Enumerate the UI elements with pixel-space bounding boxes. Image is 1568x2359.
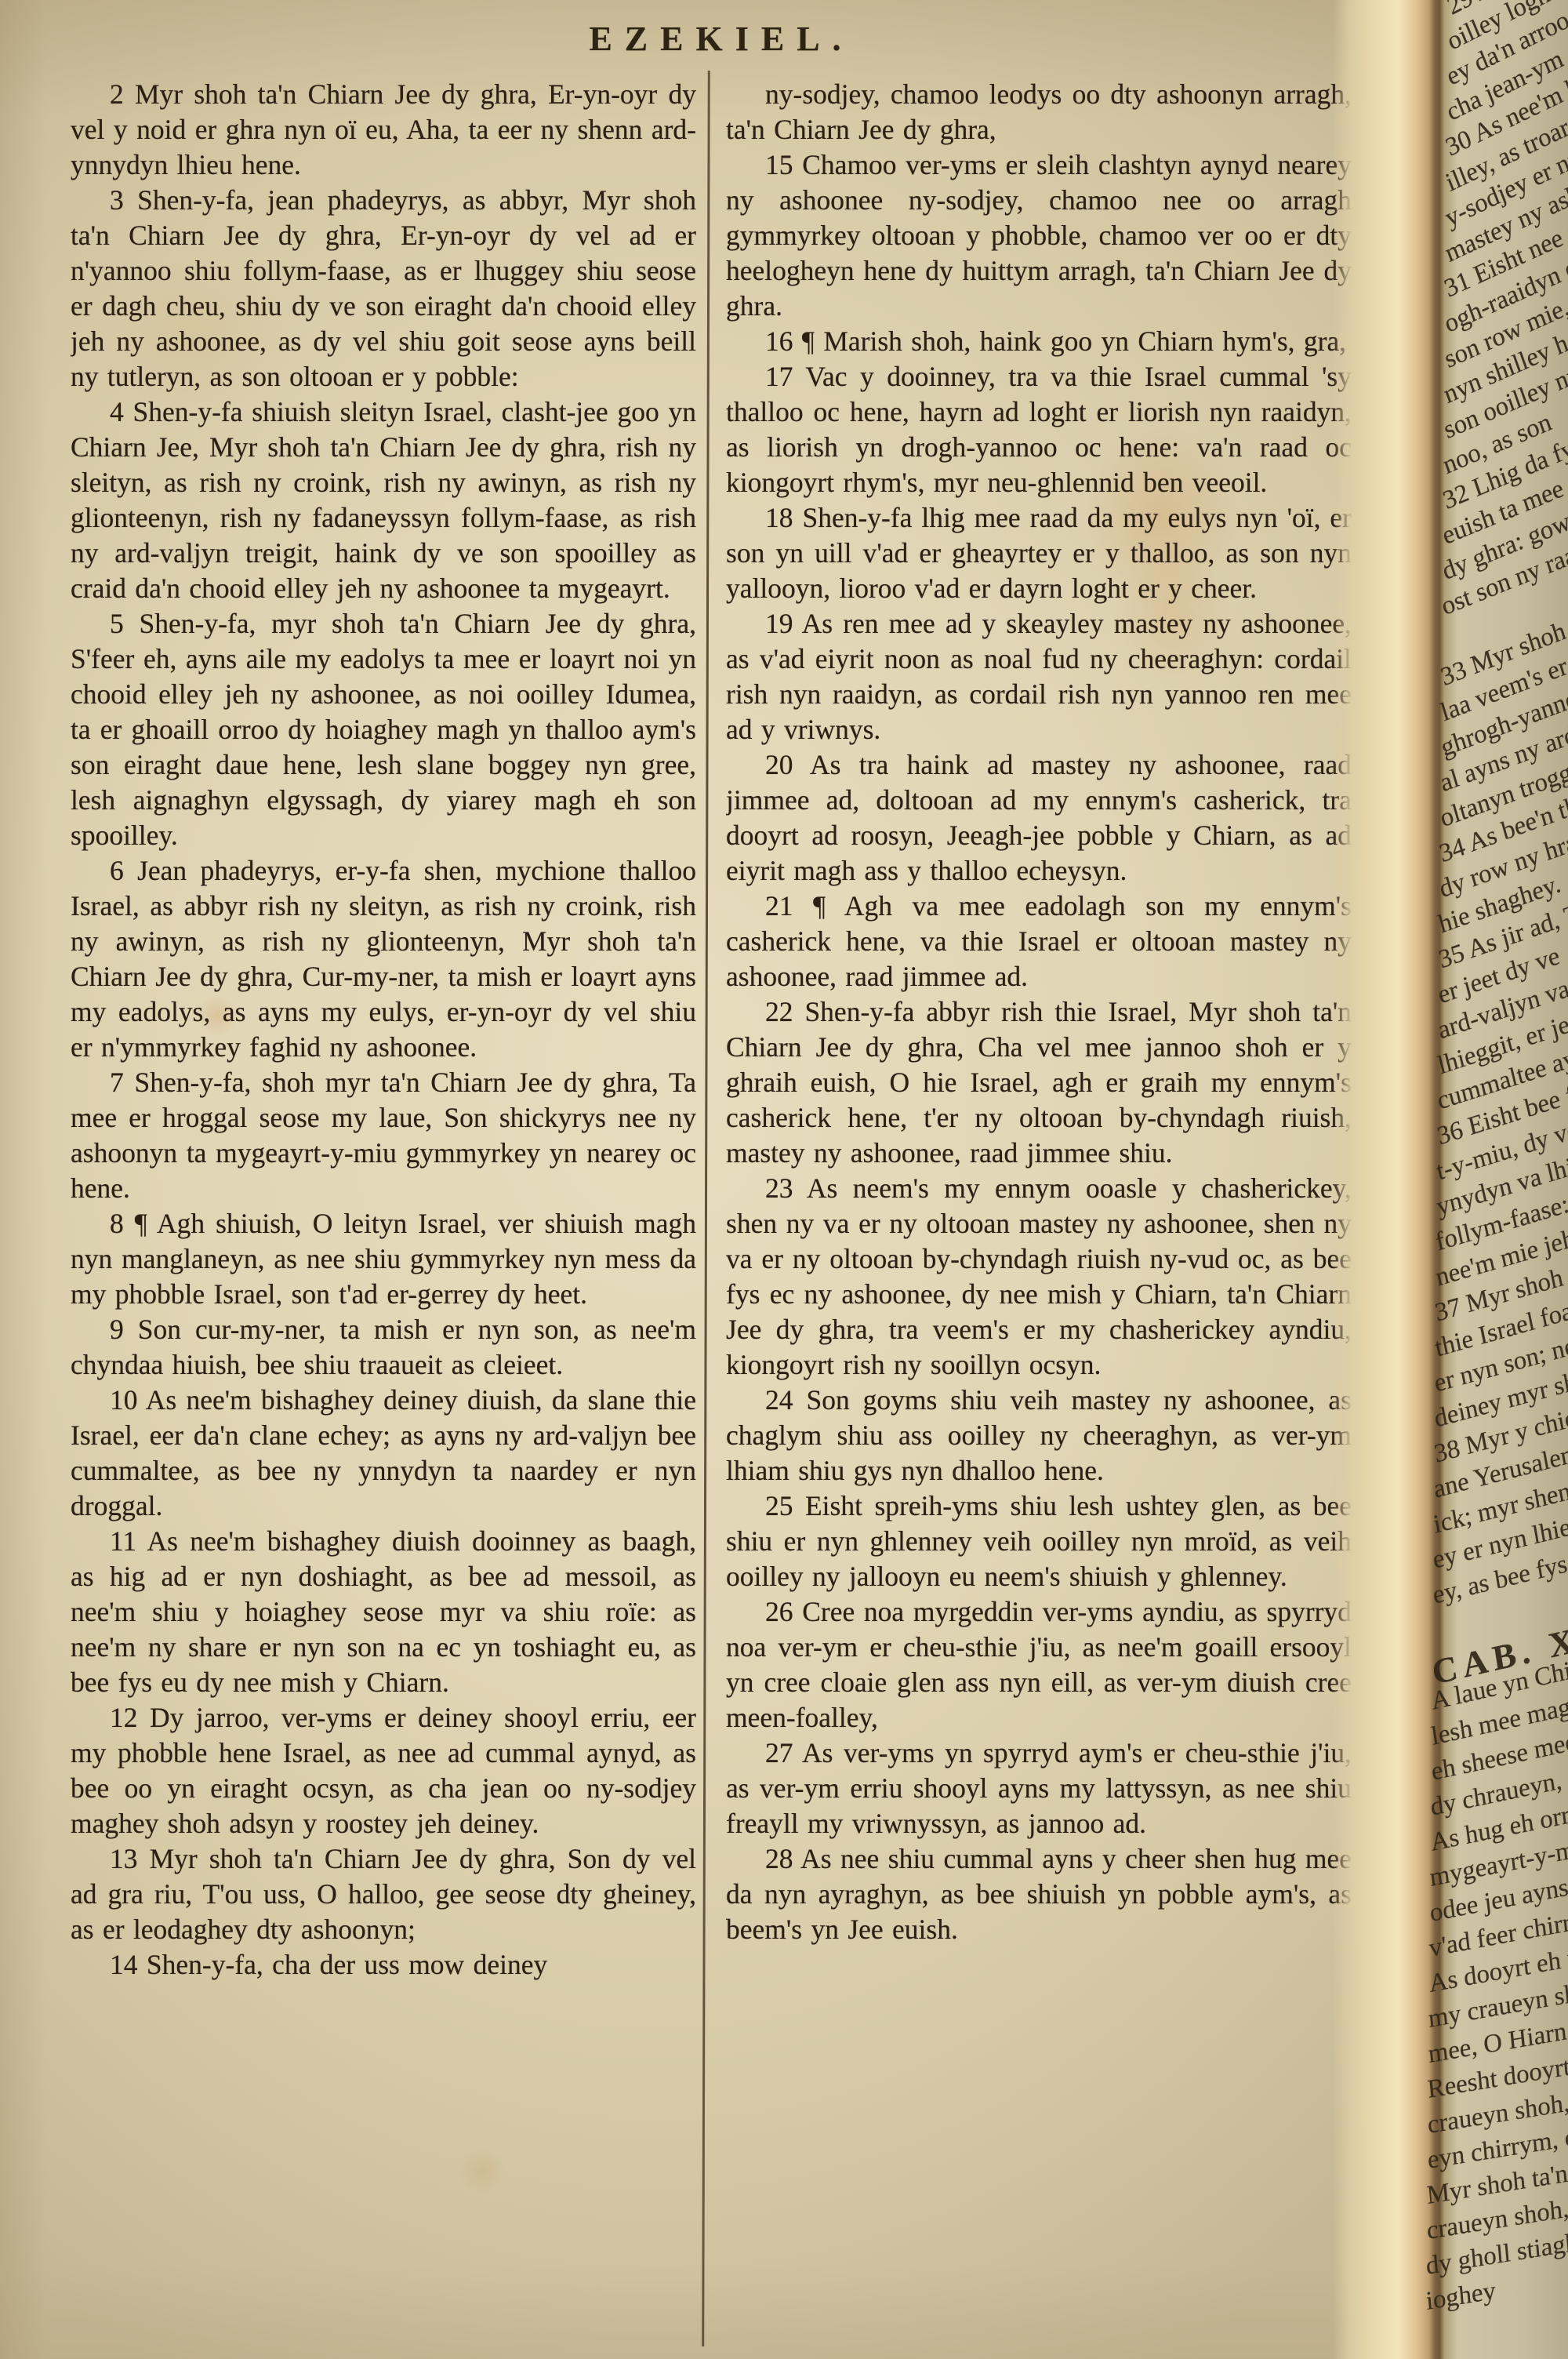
verse: 14 Shen-y-fa, cha der uss mow deiney xyxy=(71,1947,696,1983)
verse: 4 Shen-y-fa shiuish sleityn Israel, clas… xyxy=(71,394,696,606)
verse: 25 Eisht spreih-yms shiu lesh ushtey gle… xyxy=(726,1488,1352,1594)
verse: 28 As nee shiu cummal ayns y cheer shen … xyxy=(726,1841,1352,1947)
verse: 26 Cree noa myrgeddin ver-yms ayndiu, as… xyxy=(726,1594,1352,1736)
verse: 8 ¶ Agh shiuish, O leityn Israel, ver sh… xyxy=(71,1206,696,1312)
verse: 21 ¶ Agh va mee eadolagh son my ennym's … xyxy=(726,889,1352,994)
verse: 15 Chamoo ver-yms er sleih clashtyn ayny… xyxy=(726,147,1352,324)
verse: 9 Son cur-my-ner, ta mish er nyn son, as… xyxy=(71,1312,696,1383)
verse: 27 As ver-yms yn spyrryd aym's er cheu-s… xyxy=(726,1736,1352,1841)
next-page-line: ioghey xyxy=(1425,2277,1497,2317)
verse: ny-sodjey, chamoo leodys oo dty ashoonyn… xyxy=(726,77,1352,147)
verse: 5 Shen-y-fa, myr shoh ta'n Chiarn Jee dy… xyxy=(71,606,696,853)
text-column-right: ny-sodjey, chamoo leodys oo dty ashoonyn… xyxy=(726,77,1352,2347)
verse: 6 Jean phadeyrys, er-y-fa shen, mychione… xyxy=(71,853,696,1065)
verse: 20 As tra haink ad mastey ny ashoonee, r… xyxy=(726,747,1352,889)
verse: 17 Vac y dooinney, tra va thie Israel cu… xyxy=(726,359,1352,500)
verse: 3 Shen-y-fa, jean phadeyrys, as abbyr, M… xyxy=(71,183,696,394)
next-page-curled-edge: 29 As neem's myoilley loght nyn neuey da… xyxy=(1333,0,1568,2359)
verse: 10 As nee'm bishaghey deiney diuish, da … xyxy=(71,1383,696,1524)
verse: 23 As neem's my ennym ooasle y chasheric… xyxy=(726,1171,1352,1383)
verse: 7 Shen-y-fa, shoh myr ta'n Chiarn Jee dy… xyxy=(71,1065,696,1206)
scanned-book-page: EZEKIEL. 2 Myr shoh ta'n Chiarn Jee dy g… xyxy=(0,0,1568,2359)
verse: 22 Shen-y-fa abbyr rish thie Israel, Myr… xyxy=(726,994,1352,1171)
page-title: EZEKIEL. xyxy=(251,22,1192,56)
column-divider-rule xyxy=(702,71,710,2346)
verse: 2 Myr shoh ta'n Chiarn Jee dy ghra, Er-y… xyxy=(71,77,696,183)
verse: 12 Dy jarroo, ver-yms er deiney shooyl e… xyxy=(71,1700,696,1841)
verse: 19 As ren mee ad y skeayley mastey ny as… xyxy=(726,606,1352,747)
verse: 24 Son goyms shiu veih mastey ny ashoone… xyxy=(726,1383,1352,1488)
text-column-left: 2 Myr shoh ta'n Chiarn Jee dy ghra, Er-y… xyxy=(71,77,696,2347)
verse: 18 Shen-y-fa lhig mee raad da my eulys n… xyxy=(726,500,1352,606)
verse: 13 Myr shoh ta'n Chiarn Jee dy ghra, Son… xyxy=(71,1841,696,1947)
verse: 16 ¶ Marish shoh, haink goo yn Chiarn hy… xyxy=(726,324,1352,359)
verse: 11 As nee'm bishaghey diuish dooinney as… xyxy=(71,1524,696,1700)
